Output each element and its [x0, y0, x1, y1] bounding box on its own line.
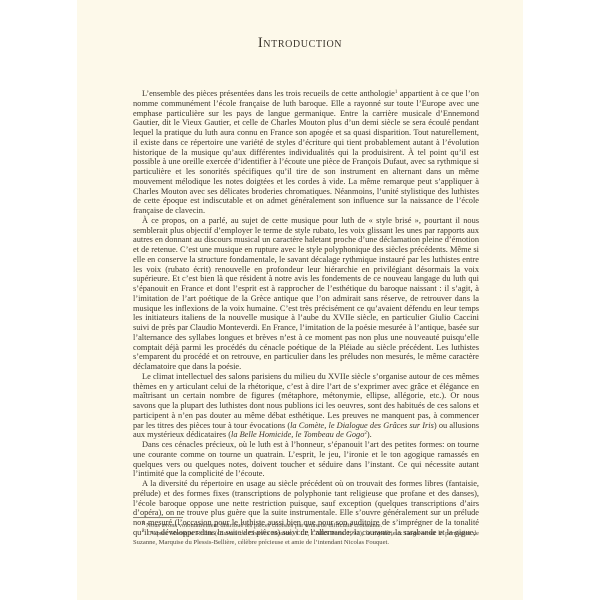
- italic-title: la Comète, le Dialogue des Grâces sur Ir…: [290, 421, 434, 430]
- footnote-marker: 2: [364, 431, 367, 436]
- paragraph: Le climat intellectuel des salons parisi…: [133, 372, 479, 440]
- book-page: Introduction L’ensemble des pièces prése…: [77, 0, 523, 600]
- paragraph: À ce propos, on a parlé, au sujet de cet…: [133, 216, 479, 372]
- page-title: Introduction: [77, 35, 523, 52]
- paragraph: L’ensemble des pièces présentées dans le…: [133, 89, 479, 216]
- footnote-marker: 2: [142, 529, 145, 534]
- body-text: L’ensemble des pièces présentées dans le…: [133, 89, 479, 538]
- footnote-marker: 1: [142, 521, 145, 526]
- italic-title: la Belle Homicide, le Tombeau de Gogo: [231, 430, 364, 439]
- italic-title: Œuvres de Charles Mouton: [217, 530, 292, 537]
- footnote-separator: [133, 517, 183, 518]
- footnotes: 1 Nous avons volontairement distribué le…: [133, 522, 479, 547]
- footnote: 2 D’après Monique Rollin (Œuvres de Char…: [133, 530, 479, 547]
- paragraph: Dans ces cénacles précieux, où le luth e…: [133, 440, 479, 479]
- footnote-marker: 1: [395, 90, 398, 95]
